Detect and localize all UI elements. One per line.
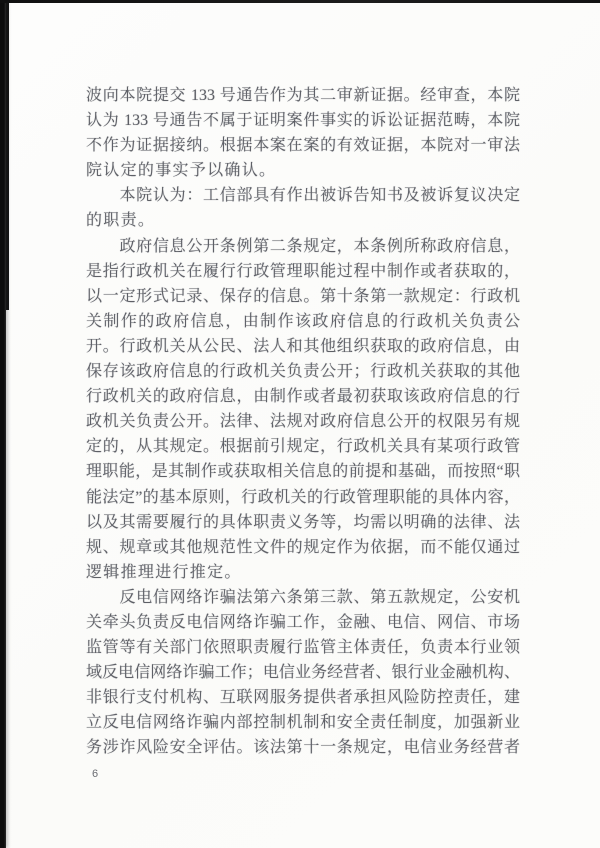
text-line: 非银行支付机构、互联网服务提供者承担风险防控责任，建: [86, 685, 520, 710]
paragraph: 本院认为：工信部具有作出被诉告知书及被诉复议决定的职责。: [86, 183, 520, 233]
scanned-page: 波向本院提交 133 号通告作为其二审新证据。经审查，本院认为 133 号通告不…: [0, 0, 600, 848]
text-line: 理职能，是其制作或获取相关信息的前提和基础，而按照“职: [86, 459, 520, 484]
text-line: 以一定形式记录、保存的信息。第十条第一款规定：行政机: [86, 284, 520, 309]
text-line: 关制作的政府信息，由制作该政府信息的行政机关负责公: [86, 309, 520, 334]
text-line: 以及其需要履行的具体职责义务等，均需以明确的法律、法: [86, 510, 520, 535]
text-line: 规、规章或其他规范性文件的规定作为依据，而不能仅通过: [86, 535, 520, 560]
text-line: 本院认为：工信部具有作出被诉告知书及被诉复议决定: [86, 183, 520, 208]
text-line: 能法定”的基本原则，行政机关的行政管理职能的具体内容，: [86, 485, 520, 510]
scan-edge-left: [0, 0, 6, 848]
text-line: 监管等有关部门依照职责履行监管主体责任，负责本行业领: [86, 635, 520, 660]
text-line: 域反电信网络诈骗工作；电信业务经营者、银行业金融机构、: [86, 660, 520, 685]
text-line: 关牵头负责反电信网络诈骗工作，金融、电信、网信、市场: [86, 610, 520, 635]
judgment-text-block: 波向本院提交 133 号通告作为其二审新证据。经审查，本院认为 133 号通告不…: [86, 83, 520, 761]
scan-edge-top: [0, 0, 600, 3]
text-line: 认为 133 号通告不属于证明案件事实的诉讼证据范畴，本院: [86, 108, 520, 133]
paragraph: 反电信网络诈骗法第六条第三款、第五款规定，公安机关牵头负责反电信网络诈骗工作，金…: [86, 585, 520, 761]
paragraph: 政府信息公开条例第二条规定，本条例所称政府信息，是指行政机关在履行行政管理职能过…: [86, 234, 520, 585]
text-line: 逻辑推理进行推定。: [86, 560, 520, 585]
text-line: 不作为证据接纳。根据本案在案的有效证据，本院对一审法: [86, 133, 520, 158]
text-line: 定的，从其规定。根据前引规定，行政机关具有某项行政管: [86, 434, 520, 459]
paragraph: 波向本院提交 133 号通告作为其二审新证据。经审查，本院认为 133 号通告不…: [86, 83, 520, 183]
text-line: 反电信网络诈骗法第六条第三款、第五款规定，公安机: [86, 585, 520, 610]
text-line: 的职责。: [86, 208, 520, 233]
text-line: 政机关负责公开。法律、法规对政府信息公开的权限另有规: [86, 409, 520, 434]
text-line: 波向本院提交 133 号通告作为其二审新证据。经审查，本院: [86, 83, 520, 108]
text-line: 务涉诈风险安全评估。该法第十一条规定，电信业务经营者: [86, 735, 520, 760]
page-number: 6: [92, 768, 99, 780]
text-line: 院认定的事实予以确认。: [86, 158, 520, 183]
text-line: 行政机关的政府信息，由制作或者最初获取该政府信息的行: [86, 384, 520, 409]
text-line: 是指行政机关在履行行政管理职能过程中制作或者获取的，: [86, 259, 520, 284]
text-line: 立反电信网络诈骗内部控制机制和安全责任制度，加强新业: [86, 710, 520, 735]
text-line: 开。行政机关从公民、法人和其他组织获取的政府信息，由: [86, 334, 520, 359]
text-line: 保存该政府信息的行政机关负责公开；行政机关获取的其他: [86, 359, 520, 384]
text-line: 政府信息公开条例第二条规定，本条例所称政府信息，: [86, 234, 520, 259]
